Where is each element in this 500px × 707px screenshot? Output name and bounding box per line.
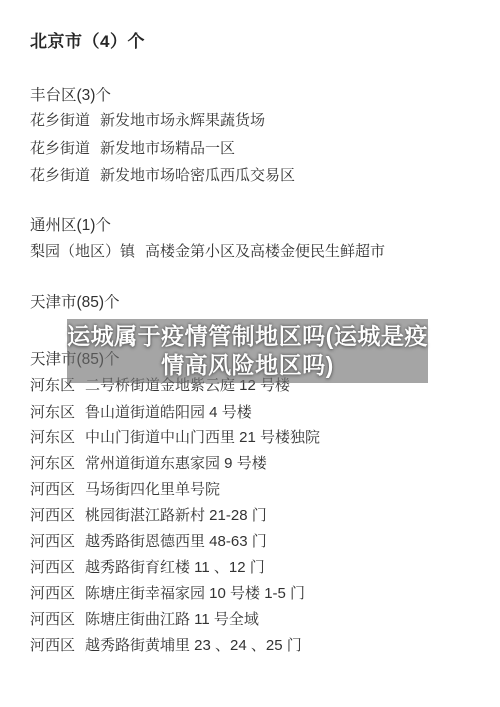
list-item: 河西区越秀路街恩德西里 48-63 门 xyxy=(30,533,267,550)
row-address: 新发地市场哈密瓜西瓜交易区 xyxy=(100,167,295,184)
row-address: 新发地市场永辉果蔬货场 xyxy=(100,112,265,129)
overlay-title-line2: 情高风险地区吗) xyxy=(67,351,428,380)
row-address: 马场街四化里单号院 xyxy=(85,481,220,498)
row-district: 梨园（地区）镇 xyxy=(30,243,135,260)
list-item: 河东区中山门街道中山门西里 21 号楼独院 xyxy=(30,429,320,446)
row-district: 河西区 xyxy=(30,559,75,576)
list-item: 河东区鲁山道街道皓阳园 4 号楼 xyxy=(30,404,252,421)
city-header-beijing: 北京市（4）个 xyxy=(30,33,145,50)
district-header-fengtai: 丰台区(3)个 xyxy=(30,87,111,104)
row-district: 河东区 xyxy=(30,429,75,446)
row-district: 河西区 xyxy=(30,585,75,602)
row-address: 高楼金第小区及高楼金便民生鲜超市 xyxy=(145,243,385,260)
row-district: 花乡街道 xyxy=(30,167,90,184)
list-item: 河西区马场街四化里单号院 xyxy=(30,481,220,498)
row-district: 河东区 xyxy=(30,404,75,421)
list-item: 河西区越秀路街黄埔里 23 、24 、25 门 xyxy=(30,637,302,654)
row-district: 河东区 xyxy=(30,455,75,472)
row-district: 河西区 xyxy=(30,481,75,498)
list-item: 花乡街道新发地市场永辉果蔬货场 xyxy=(30,112,265,129)
district-header-tongzhou: 通州区(1)个 xyxy=(30,217,111,234)
row-address: 越秀路街育红楼 11 、12 门 xyxy=(85,559,265,576)
row-address: 鲁山道街道皓阳园 4 号楼 xyxy=(85,404,252,421)
row-address: 中山门街道中山门西里 21 号楼独院 xyxy=(85,429,320,446)
row-district: 河西区 xyxy=(30,533,75,550)
row-address: 越秀路街黄埔里 23 、24 、25 门 xyxy=(85,637,302,654)
row-address: 常州道街道东惠家园 9 号楼 xyxy=(85,455,267,472)
row-address: 陈塘庄街幸福家园 10 号楼 1-5 门 xyxy=(85,585,305,602)
row-address: 越秀路街恩德西里 48-63 门 xyxy=(85,533,267,550)
list-item: 花乡街道新发地市场精品一区 xyxy=(30,140,235,157)
title-overlay-banner: 运城属于疫情管制地区吗(运城是疫 情高风险地区吗) xyxy=(67,319,428,383)
row-address: 新发地市场精品一区 xyxy=(100,140,235,157)
city-header-tianjin: 天津市(85)个 xyxy=(30,294,120,311)
list-item: 河西区陈塘庄街曲江路 11 号全域 xyxy=(30,611,259,628)
list-item: 河西区桃园街湛江路新村 21-28 门 xyxy=(30,507,267,524)
row-address: 桃园街湛江路新村 21-28 门 xyxy=(85,507,267,524)
overlay-title-line1: 运城属于疫情管制地区吗(运城是疫 xyxy=(67,322,428,351)
list-item: 花乡街道新发地市场哈密瓜西瓜交易区 xyxy=(30,167,295,184)
list-item: 河西区越秀路街育红楼 11 、12 门 xyxy=(30,559,265,576)
list-item: 河东区常州道街道东惠家园 9 号楼 xyxy=(30,455,267,472)
row-address: 陈塘庄街曲江路 11 号全域 xyxy=(85,611,259,628)
row-district: 花乡街道 xyxy=(30,140,90,157)
row-district: 河西区 xyxy=(30,637,75,654)
list-item: 梨园（地区）镇高楼金第小区及高楼金便民生鲜超市 xyxy=(30,243,385,260)
row-district: 河西区 xyxy=(30,611,75,628)
row-district: 河西区 xyxy=(30,507,75,524)
article-page: 北京市（4）个 丰台区(3)个 花乡街道新发地市场永辉果蔬货场 花乡街道新发地市… xyxy=(0,0,500,707)
list-item: 河西区陈塘庄街幸福家园 10 号楼 1-5 门 xyxy=(30,585,305,602)
row-district: 花乡街道 xyxy=(30,112,90,129)
